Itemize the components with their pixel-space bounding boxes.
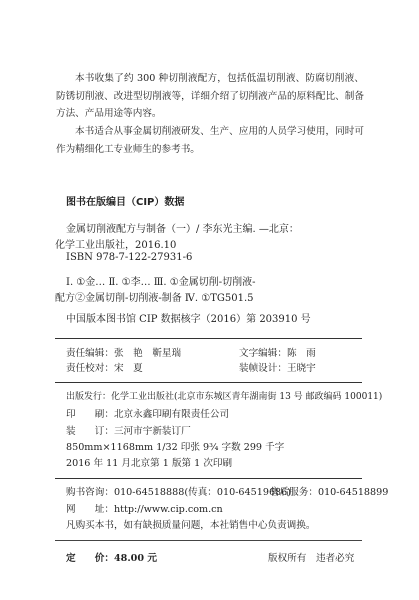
publisher-info: 出版发行：化学工业出版社(北京市东城区青年湖南街 13 号 邮政编码 10001… (66, 391, 382, 404)
divider (55, 540, 362, 541)
cip-isbn: ISBN 978-7-122-27931-6 (66, 252, 192, 263)
edition-info: 2016 年 11 月北京第 1 版第 1 次印刷 (66, 457, 232, 470)
binder-info: 装 订：三河市宇新装订厂 (66, 425, 191, 438)
website-link[interactable]: http://www.cip.com.cn (114, 504, 223, 515)
divider (55, 382, 362, 383)
printer-info: 印 刷：北京永鑫印刷有限责任公司 (66, 408, 229, 421)
cover-designer: 装帧设计：王晓宇 (239, 362, 316, 375)
website-info: 网 址：http://www.cip.com.cn (66, 503, 223, 516)
purchase-inquiry: 购书咨询：010-64518888(传真：010-64519686) (66, 486, 291, 499)
description-paragraph-1: 本书收集了约 300 种切削液配方，包括低温切削液、防腐切削液、防锈切削液、改进… (56, 70, 364, 123)
cip-heading: 图书在版编目（CIP）数据 (66, 193, 184, 208)
copyright-notice: 版权所有 违者必究 (268, 552, 354, 565)
price: 定 价：48.00 元 (66, 552, 157, 565)
proofreader: 责任校对：宋 夏 (66, 362, 143, 375)
cip-classification-line-2: 配方②金属切削-切削液-制备 Ⅳ. ①TG501.5 (55, 289, 254, 304)
format-info: 850mm×1168mm 1/32 印张 9¾ 字数 299 千字 (66, 441, 284, 454)
divider (55, 478, 362, 479)
description-paragraph-2: 本书适合从事金属切削液研发、生产、应用的人员学习使用，同时可作为精细化工专业师生… (56, 123, 364, 158)
after-sales-service: 售后服务：010-64518899 (270, 486, 388, 499)
exchange-notice: 凡购买本书，如有缺损质量问题，本社销售中心负责调换。 (66, 519, 315, 532)
cip-publisher-line: 化学工业出版社，2016.10 (55, 236, 176, 251)
responsible-editor: 责任编辑：张 艳 靳星瑞 (66, 347, 181, 360)
cip-title-line: 金属切削液配方与制备（一）/ 李东光主编. —北京： (66, 220, 299, 235)
cip-verification: 中国版本图书馆 CIP 数据核字（2016）第 203910 号 (66, 310, 311, 325)
cip-classification-line-1: Ⅰ. ①金… Ⅱ. ①李… Ⅲ. ①金属切削-切削液- (66, 273, 255, 288)
text-editor: 文字编辑：陈 雨 (239, 347, 316, 360)
divider (55, 338, 362, 339)
